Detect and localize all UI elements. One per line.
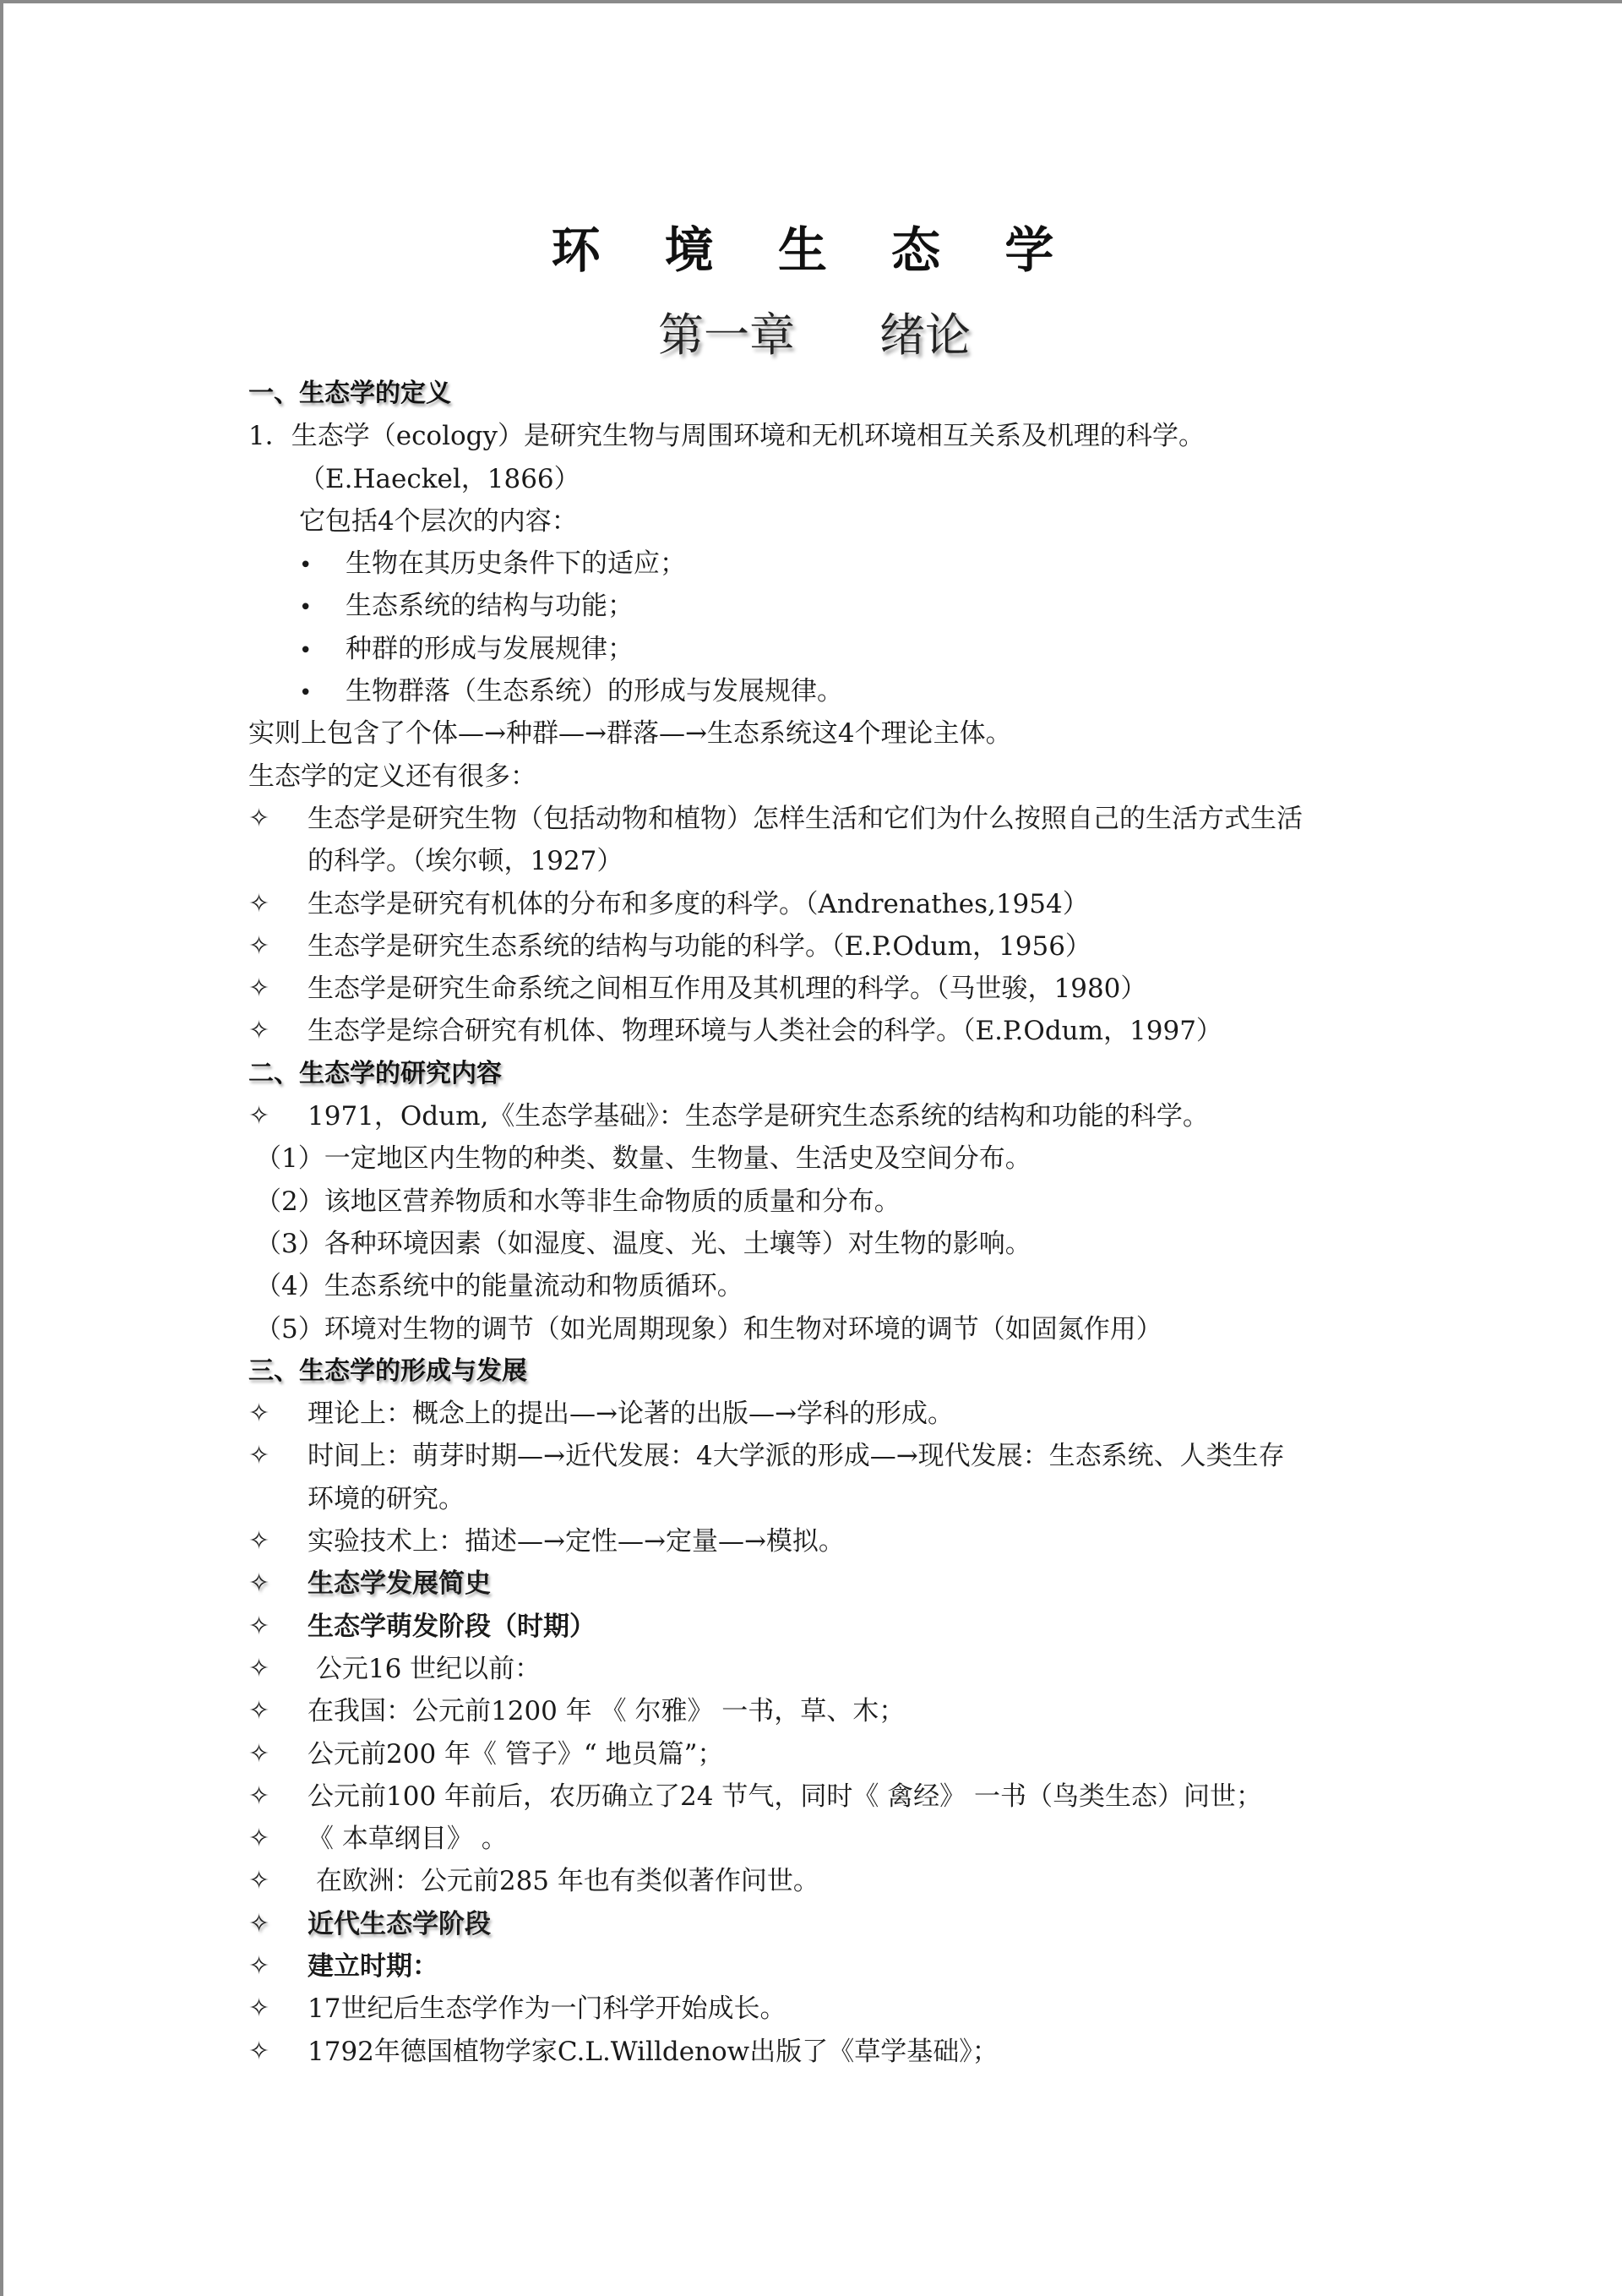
diamond-bullet-icon: ✧	[248, 1988, 308, 2030]
history-item: ✧ 在欧洲：公元前285 年也有类似著作问世。	[248, 1860, 1397, 1902]
history-item: ✧1792年德国植物学家C.L.Willdenow出版了《草学基础》；	[248, 2031, 1397, 2073]
definition-item: ✧生态学是研究生态系统的结构与功能的科学。（E.P.Odum，1956）	[248, 925, 1397, 968]
diamond-bullet-icon: ✧	[248, 1648, 308, 1690]
section-heading-formation: 三、生态学的形成与发展	[248, 1350, 1397, 1393]
document-title: 环 境 生 态 学	[3, 210, 1622, 281]
history-item: ✧ 公元16 世纪以前：	[248, 1648, 1397, 1690]
diamond-bullet-icon: ✧	[248, 1903, 308, 1945]
formation-item-continued: 环境的研究。	[248, 1478, 1397, 1520]
history-item: ✧在我国：公元前1200 年 《 尔雅》 一书，草、木；	[248, 1690, 1397, 1732]
level-item: •生物在其历史条件下的适应；	[248, 543, 1397, 585]
diamond-bullet-icon: ✧	[248, 1860, 308, 1902]
diamond-bullet-icon: ✧	[248, 1520, 308, 1562]
bullet-icon: •	[299, 544, 346, 586]
formation-item: ✧时间上：萌芽时期—→近代发展：4大学派的形成—→现代发展：生态系统、人类生存	[248, 1435, 1397, 1477]
section-heading-research-content: 二、生态学的研究内容	[248, 1053, 1397, 1095]
levels-intro: 它包括4个层次的内容：	[248, 500, 1397, 543]
diamond-bullet-icon: ✧	[248, 1562, 308, 1605]
diamond-bullet-icon: ✧	[248, 1606, 308, 1648]
history-item: ✧公元前100 年前后，农历确立了24 节气，同时《 禽经》 一书（鸟类生态）问…	[248, 1775, 1397, 1818]
diamond-bullet-icon: ✧	[248, 1775, 308, 1818]
diamond-bullet-icon: ✧	[248, 1010, 308, 1052]
sprouting-stage-subheading: ✧生态学萌发阶段（时期）	[248, 1606, 1397, 1648]
bullet-icon: •	[299, 672, 346, 714]
history-item: ✧《 本草纲目》 。	[248, 1818, 1397, 1860]
research-item: （5）环境对生物的调节（如光周期现象）和生物对环境的调节（如固氮作用）	[248, 1308, 1397, 1350]
history-subheading: ✧生态学发展简史	[248, 1562, 1397, 1605]
bullet-icon: •	[299, 586, 346, 629]
diamond-bullet-icon: ✧	[248, 1733, 308, 1775]
research-item: （1）一定地区内生物的种类、数量、生物量、生活史及空间分布。	[248, 1137, 1397, 1180]
chapter-title: 第一章绪论	[3, 299, 1622, 364]
diamond-bullet-icon: ✧	[248, 968, 308, 1010]
definition-item: ✧生态学是研究生物（包括动物和植物）怎样生活和它们为什么按照自己的生活方式生活	[248, 798, 1397, 840]
diamond-bullet-icon: ✧	[248, 1095, 308, 1137]
establishment-subheading: ✧建立时期：	[248, 1945, 1397, 1988]
diamond-bullet-icon: ✧	[248, 1945, 308, 1988]
bullet-icon: •	[299, 630, 346, 672]
formation-item: ✧理论上：概念上的提出—→论著的出版—→学科的形成。	[248, 1393, 1397, 1435]
definition-citation: （E.Haeckel，1866）	[248, 458, 1397, 500]
level-item: •种群的形成与发展规律；	[248, 628, 1397, 670]
diamond-bullet-icon: ✧	[248, 1393, 308, 1435]
definition-line: 1．生态学（ecology）是研究生物与周围环境和无机环境相互关系及机理的科学。	[248, 415, 1397, 457]
history-item: ✧公元前200 年《 管子》“ 地员篇”；	[248, 1733, 1397, 1775]
diamond-bullet-icon: ✧	[248, 925, 308, 968]
section-heading-definition: 一、生态学的定义	[248, 373, 1397, 415]
research-item: （3）各种环境因素（如湿度、温度、光、土壤等）对生物的影响。	[248, 1223, 1397, 1265]
odum-definition: ✧1971，Odum,《生态学基础》：生态学是研究生态系统的结构和功能的科学。	[248, 1095, 1397, 1137]
research-item: （2）该地区营养物质和水等非生命物质的质量和分布。	[248, 1181, 1397, 1223]
document-body: 一、生态学的定义 1．生态学（ecology）是研究生物与周围环境和无机环境相互…	[248, 373, 1397, 2073]
level-item: •生物群落（生态系统）的形成与发展规律。	[248, 670, 1397, 712]
formation-item: ✧实验技术上：描述—→定性—→定量—→模拟。	[248, 1520, 1397, 1562]
history-item: ✧17世纪后生态学作为一门科学开始成长。	[248, 1988, 1397, 2030]
diamond-bullet-icon: ✧	[248, 883, 308, 925]
definition-item: ✧生态学是研究有机体的分布和多度的科学。（Andrenathes,1954）	[248, 883, 1397, 925]
document-page: 环 境 生 态 学 第一章绪论 一、生态学的定义 1．生态学（ecology）是…	[0, 0, 1622, 2296]
diamond-bullet-icon: ✧	[248, 2031, 308, 2073]
chapter-name: 绪论	[879, 299, 971, 364]
definition-item-continued: 的科学。（埃尔顿，1927）	[248, 840, 1397, 882]
more-definitions-intro: 生态学的定义还有很多：	[248, 755, 1397, 798]
levels-summary: 实则上包含了个体—→种群—→群落—→生态系统这4个理论主体。	[248, 712, 1397, 755]
definition-item: ✧生态学是综合研究有机体、物理环境与人类社会的科学。（E.P.Odum，1997…	[248, 1010, 1397, 1052]
diamond-bullet-icon: ✧	[248, 798, 308, 840]
research-item: （4）生态系统中的能量流动和物质循环。	[248, 1265, 1397, 1307]
modern-stage-subheading: ✧近代生态学阶段	[248, 1903, 1397, 1945]
definition-item: ✧生态学是研究生命系统之间相互作用及其机理的科学。（马世骏，1980）	[248, 968, 1397, 1010]
level-item: •生态系统的结构与功能；	[248, 585, 1397, 627]
chapter-number: 第一章	[658, 299, 795, 364]
diamond-bullet-icon: ✧	[248, 1690, 308, 1732]
diamond-bullet-icon: ✧	[248, 1818, 308, 1860]
diamond-bullet-icon: ✧	[248, 1435, 308, 1477]
